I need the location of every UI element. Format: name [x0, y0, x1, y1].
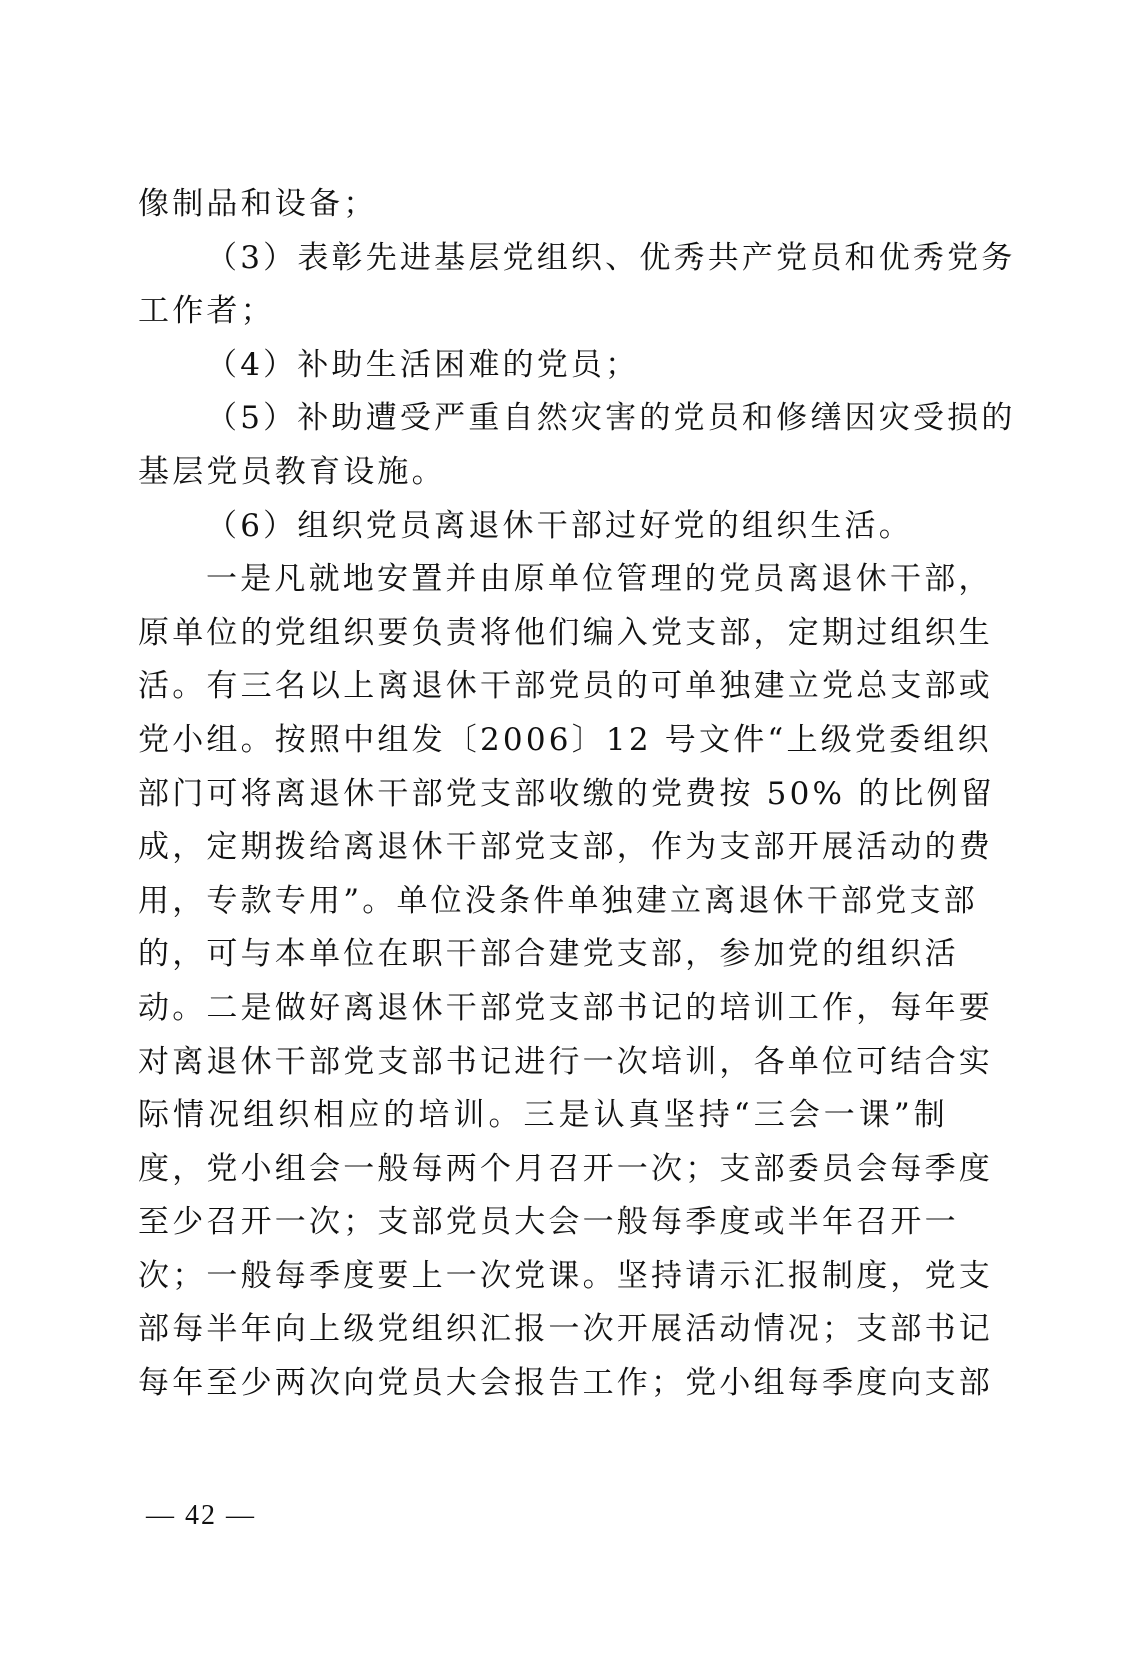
text-line: 像制品和设备； — [138, 178, 948, 232]
text-line: 度，党小组会一般每两个月召开一次；支部委员会每季度 — [138, 1143, 948, 1197]
text-line: 成，定期拨给离退休干部党支部，作为支部开展活动的费 — [138, 821, 948, 875]
text-line: 工作者； — [138, 285, 948, 339]
list-item-5: （5）补助遭受严重自然灾害的党员和修缮因灾受损的 — [138, 392, 948, 446]
document-page: 像制品和设备； （3）表彰先进基层党组织、优秀共产党员和优秀党务 工作者； （4… — [0, 0, 1142, 1654]
text-line: 际情况组织相应的培训。三是认真坚持“三会一课”制 — [138, 1089, 948, 1143]
body-text: 像制品和设备； （3）表彰先进基层党组织、优秀共产党员和优秀党务 工作者； （4… — [138, 178, 948, 1411]
text-line: 至少召开一次；支部党员大会一般每季度或半年召开一 — [138, 1196, 948, 1250]
paragraph-start: 一是凡就地安置并由原单位管理的党员离退休干部， — [138, 553, 948, 607]
text-line: 活。有三名以上离退休干部党员的可单独建立党总支部或 — [138, 660, 948, 714]
list-item-6: （6）组织党员离退休干部过好党的组织生活。 — [138, 500, 948, 554]
list-item-3: （3）表彰先进基层党组织、优秀共产党员和优秀党务 — [138, 232, 948, 286]
text-line: 的，可与本单位在职干部合建党支部，参加党的组织活 — [138, 928, 948, 982]
text-line: 次；一般每季度要上一次党课。坚持请示汇报制度，党支 — [138, 1250, 948, 1304]
text-line: 用，专款专用”。单位没条件单独建立离退休干部党支部 — [138, 875, 948, 929]
text-line: 党小组。按照中组发〔2006〕12 号文件“上级党委组织 — [138, 714, 948, 768]
list-item-4: （4）补助生活困难的党员； — [138, 339, 948, 393]
text-line: 原单位的党组织要负责将他们编入党支部，定期过组织生 — [138, 607, 948, 661]
text-line: 部门可将离退休干部党支部收缴的党费按 50% 的比例留 — [138, 768, 948, 822]
text-line: 部每半年向上级党组织汇报一次开展活动情况；支部书记 — [138, 1303, 948, 1357]
text-line: 每年至少两次向党员大会报告工作；党小组每季度向支部 — [138, 1357, 948, 1411]
text-line: 基层党员教育设施。 — [138, 446, 948, 500]
text-line: 对离退休干部党支部书记进行一次培训，各单位可结合实 — [138, 1036, 948, 1090]
text-line: 动。二是做好离退休干部党支部书记的培训工作，每年要 — [138, 982, 948, 1036]
page-number: — 42 — — [146, 1496, 256, 1536]
